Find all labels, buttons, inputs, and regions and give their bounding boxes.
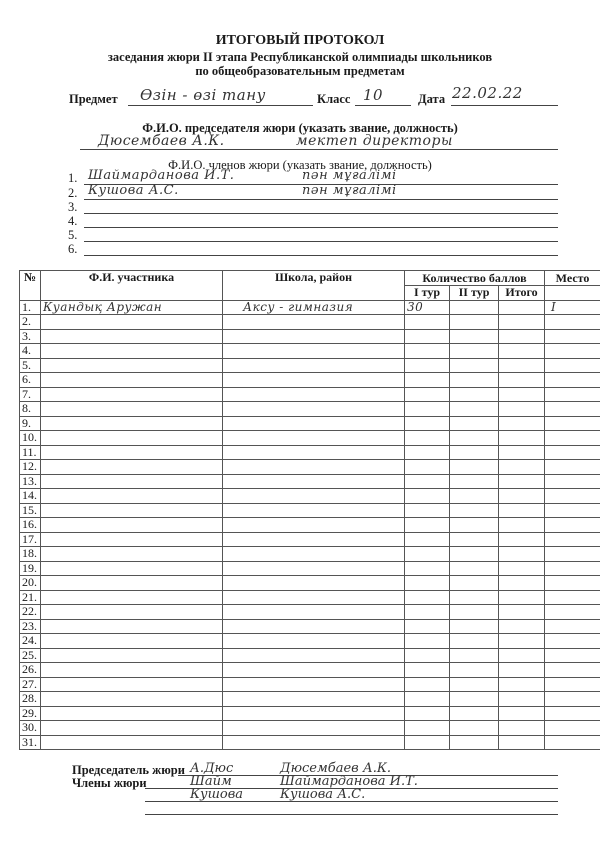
score-tour1[interactable] [405, 735, 450, 750]
participant-name[interactable] [41, 532, 223, 547]
row-number: 31. [20, 735, 41, 750]
score-total[interactable] [499, 402, 545, 417]
score-tour1[interactable] [405, 373, 450, 388]
score-tour2[interactable] [450, 329, 499, 344]
row-number: 27. [20, 677, 41, 692]
member-position[interactable]: пән мұғалімі [302, 168, 397, 183]
score-tour1[interactable] [405, 344, 450, 359]
score-tour2[interactable] [450, 518, 499, 533]
class-line [355, 105, 411, 106]
place[interactable] [545, 344, 600, 359]
member-line [84, 227, 558, 228]
signature-line [145, 814, 558, 815]
table-row: 11. [20, 445, 600, 460]
place[interactable] [545, 619, 600, 634]
table-row: 13. [20, 474, 600, 489]
score-tour2[interactable] [450, 474, 499, 489]
table-row: 5. [20, 358, 600, 373]
participant-name[interactable] [41, 373, 223, 388]
place[interactable] [545, 561, 600, 576]
subject-value[interactable]: Өзін - өзі тану [140, 86, 266, 104]
participant-school[interactable] [223, 315, 405, 330]
row-number: 22. [20, 605, 41, 620]
table-row: 19. [20, 561, 600, 576]
place[interactable] [545, 576, 600, 591]
score-tour1[interactable] [405, 489, 450, 504]
table-row: 16. [20, 518, 600, 533]
table-row: 30. [20, 721, 600, 736]
class-value[interactable]: 10 [363, 86, 383, 104]
row-number: 11. [20, 445, 41, 460]
participant-name[interactable] [41, 489, 223, 504]
score-total[interactable] [499, 474, 545, 489]
row-number: 6. [20, 373, 41, 388]
score-total[interactable] [499, 315, 545, 330]
score-tour2[interactable] [450, 344, 499, 359]
row-number: 5. [20, 358, 41, 373]
score-total[interactable] [499, 532, 545, 547]
participant-school[interactable] [223, 634, 405, 649]
place[interactable]: I [545, 300, 600, 315]
document-subtitle-2: по общеобразовательным предметам [0, 64, 600, 79]
col-header-name: Ф.И. участника [41, 271, 223, 301]
row-number: 19. [20, 561, 41, 576]
member-name[interactable]: Кушова А.С. [88, 183, 179, 198]
participant-name[interactable] [41, 576, 223, 591]
score-total[interactable] [499, 590, 545, 605]
score-tour1[interactable] [405, 619, 450, 634]
participant-name[interactable] [41, 460, 223, 475]
score-tour2[interactable] [450, 358, 499, 373]
score-total[interactable] [499, 547, 545, 562]
place[interactable] [545, 445, 600, 460]
participant-school[interactable] [223, 460, 405, 475]
score-tour2[interactable] [450, 634, 499, 649]
row-number: 12. [20, 460, 41, 475]
participant-school[interactable] [223, 489, 405, 504]
score-tour2[interactable] [450, 648, 499, 663]
participant-name[interactable] [41, 416, 223, 431]
place[interactable] [545, 721, 600, 736]
place[interactable] [545, 547, 600, 562]
participant-school[interactable] [223, 474, 405, 489]
col-header-tour1: I тур [405, 286, 450, 301]
member-line [84, 241, 558, 242]
score-tour1[interactable] [405, 677, 450, 692]
score-total[interactable] [499, 721, 545, 736]
participant-name[interactable] [41, 358, 223, 373]
place[interactable] [545, 329, 600, 344]
participant-name[interactable] [41, 344, 223, 359]
score-tour1[interactable] [405, 358, 450, 373]
table-row: 3. [20, 329, 600, 344]
row-number: 25. [20, 648, 41, 663]
document-title: ИТОГОВЫЙ ПРОТОКОЛ [0, 33, 600, 49]
date-line [451, 105, 558, 106]
col-header-total: Итого [499, 286, 545, 301]
score-tour1[interactable] [405, 315, 450, 330]
table-row: 15. [20, 503, 600, 518]
table-row: 10. [20, 431, 600, 446]
results-table: № Ф.И. участника Школа, район Количество… [19, 270, 600, 750]
score-tour1[interactable] [405, 402, 450, 417]
score-tour1[interactable] [405, 503, 450, 518]
score-total[interactable] [499, 648, 545, 663]
row-number: 1. [20, 300, 41, 315]
place[interactable] [545, 590, 600, 605]
row-number: 18. [20, 547, 41, 562]
table-row: 2. [20, 315, 600, 330]
place[interactable] [545, 677, 600, 692]
score-total[interactable] [499, 619, 545, 634]
row-number: 23. [20, 619, 41, 634]
subject-label: Предмет [69, 92, 118, 107]
row-number: 4. [20, 344, 41, 359]
class-label: Класс [317, 92, 350, 107]
document-subtitle: заседания жюри II этапа Республиканской … [0, 50, 600, 65]
participant-name[interactable] [41, 518, 223, 533]
row-number: 14. [20, 489, 41, 504]
place[interactable] [545, 532, 600, 547]
col-header-num: № [20, 271, 41, 301]
participant-name[interactable] [41, 561, 223, 576]
score-total[interactable] [499, 634, 545, 649]
row-number: 28. [20, 692, 41, 707]
score-total[interactable] [499, 416, 545, 431]
score-tour1[interactable] [405, 431, 450, 446]
score-tour1[interactable]: 30 [405, 300, 450, 315]
row-number: 15. [20, 503, 41, 518]
row-number: 13. [20, 474, 41, 489]
col-header-school: Школа, район [223, 271, 405, 301]
participant-name[interactable] [41, 590, 223, 605]
signature-mark[interactable]: Кушова [190, 787, 243, 802]
member-name[interactable]: Шаймарданова И.Т. [88, 168, 234, 183]
member-line [84, 255, 558, 256]
score-tour1[interactable] [405, 561, 450, 576]
signature-members-label: Члены жюри [72, 776, 147, 791]
participant-school[interactable] [223, 532, 405, 547]
participant-name[interactable] [41, 634, 223, 649]
table-row: 27. [20, 677, 600, 692]
participant-school[interactable] [223, 503, 405, 518]
chair-position[interactable]: мектеп директоры [296, 133, 453, 149]
date-label: Дата [418, 92, 445, 107]
score-total[interactable] [499, 706, 545, 721]
score-tour1[interactable] [405, 663, 450, 678]
score-tour2[interactable] [450, 590, 499, 605]
participant-school[interactable]: Аксу - гимназия [223, 300, 405, 315]
score-tour2[interactable] [450, 387, 499, 402]
col-header-place-sub [545, 286, 600, 301]
member-line [84, 213, 558, 214]
participant-school[interactable] [223, 431, 405, 446]
member-position[interactable]: пән мұғалімі [302, 183, 397, 198]
score-tour2[interactable] [450, 300, 499, 315]
place[interactable] [545, 431, 600, 446]
score-tour2[interactable] [450, 402, 499, 417]
score-tour1[interactable] [405, 576, 450, 591]
date-value[interactable]: 22.02.22 [452, 84, 523, 102]
table-row: 12. [20, 460, 600, 475]
score-tour1[interactable] [405, 532, 450, 547]
row-number: 9. [20, 416, 41, 431]
participant-school[interactable] [223, 648, 405, 663]
table-row: 14. [20, 489, 600, 504]
participant-name[interactable] [41, 721, 223, 736]
score-total[interactable] [499, 663, 545, 678]
member-number: 4. [68, 214, 77, 229]
place[interactable] [545, 503, 600, 518]
score-tour1[interactable] [405, 547, 450, 562]
participant-school[interactable] [223, 373, 405, 388]
participant-name[interactable] [41, 706, 223, 721]
participant-name[interactable] [41, 648, 223, 663]
participant-school[interactable] [223, 663, 405, 678]
place[interactable] [545, 605, 600, 620]
score-tour2[interactable] [450, 445, 499, 460]
table-row: 23. [20, 619, 600, 634]
member-number: 3. [68, 200, 77, 215]
participant-name[interactable] [41, 692, 223, 707]
score-tour1[interactable] [405, 416, 450, 431]
col-header-place: Место [545, 271, 600, 286]
score-total[interactable] [499, 445, 545, 460]
participant-school[interactable] [223, 416, 405, 431]
row-number: 21. [20, 590, 41, 605]
participant-school[interactable] [223, 735, 405, 750]
score-total[interactable] [499, 489, 545, 504]
table-row: 17. [20, 532, 600, 547]
score-total[interactable] [499, 460, 545, 475]
place[interactable] [545, 489, 600, 504]
row-number: 30. [20, 721, 41, 736]
score-tour1[interactable] [405, 460, 450, 475]
score-tour2[interactable] [450, 315, 499, 330]
participant-school[interactable] [223, 677, 405, 692]
participant-school[interactable] [223, 561, 405, 576]
score-tour2[interactable] [450, 460, 499, 475]
score-tour1[interactable] [405, 329, 450, 344]
score-tour2[interactable] [450, 561, 499, 576]
chair-name[interactable]: Дюсембаев А.К. [98, 133, 225, 149]
score-total[interactable] [499, 344, 545, 359]
chair-line [80, 149, 558, 150]
place[interactable] [545, 663, 600, 678]
participant-school[interactable] [223, 445, 405, 460]
score-tour2[interactable] [450, 373, 499, 388]
table-row: 4. [20, 344, 600, 359]
score-total[interactable] [499, 329, 545, 344]
score-tour1[interactable] [405, 518, 450, 533]
participant-name[interactable] [41, 474, 223, 489]
score-tour2[interactable] [450, 721, 499, 736]
table-row: 24. [20, 634, 600, 649]
score-total[interactable] [499, 692, 545, 707]
score-tour1[interactable] [405, 474, 450, 489]
table-row: 7. [20, 387, 600, 402]
table-row: 1. Куандық Аружан Аксу - гимназия 30 I [20, 300, 600, 315]
member-number: 6. [68, 242, 77, 257]
participant-school[interactable] [223, 387, 405, 402]
table-row: 18. [20, 547, 600, 562]
score-total[interactable] [499, 503, 545, 518]
place[interactable] [545, 648, 600, 663]
participant-school[interactable] [223, 692, 405, 707]
row-number: 8. [20, 402, 41, 417]
score-tour2[interactable] [450, 416, 499, 431]
participant-school[interactable] [223, 358, 405, 373]
score-tour2[interactable] [450, 735, 499, 750]
score-total[interactable] [499, 431, 545, 446]
score-tour2[interactable] [450, 663, 499, 678]
participant-name[interactable] [41, 619, 223, 634]
score-total[interactable] [499, 373, 545, 388]
member-number: 5. [68, 228, 77, 243]
row-number: 20. [20, 576, 41, 591]
score-total[interactable] [499, 576, 545, 591]
table-row: 20. [20, 576, 600, 591]
score-total[interactable] [499, 300, 545, 315]
table-row: 31. [20, 735, 600, 750]
participant-school[interactable] [223, 619, 405, 634]
row-number: 3. [20, 329, 41, 344]
score-tour1[interactable] [405, 648, 450, 663]
score-tour1[interactable] [405, 706, 450, 721]
participant-name[interactable] [41, 547, 223, 562]
score-tour2[interactable] [450, 547, 499, 562]
score-total[interactable] [499, 518, 545, 533]
participant-school[interactable] [223, 721, 405, 736]
place[interactable] [545, 474, 600, 489]
col-header-scores: Количество баллов [405, 271, 545, 286]
participant-name[interactable] [41, 431, 223, 446]
score-total[interactable] [499, 677, 545, 692]
place[interactable] [545, 387, 600, 402]
table-row: 28. [20, 692, 600, 707]
table-row: 25. [20, 648, 600, 663]
row-number: 29. [20, 706, 41, 721]
col-header-tour2: II тур [450, 286, 499, 301]
score-tour2[interactable] [450, 489, 499, 504]
table-row: 9. [20, 416, 600, 431]
participant-school[interactable] [223, 547, 405, 562]
participant-school[interactable] [223, 576, 405, 591]
table-row: 21. [20, 590, 600, 605]
row-number: 26. [20, 663, 41, 678]
participant-name[interactable] [41, 329, 223, 344]
participant-name[interactable] [41, 503, 223, 518]
score-total[interactable] [499, 387, 545, 402]
participant-school[interactable] [223, 605, 405, 620]
score-tour2[interactable] [450, 677, 499, 692]
place[interactable] [545, 315, 600, 330]
place[interactable] [545, 373, 600, 388]
score-total[interactable] [499, 358, 545, 373]
place[interactable] [545, 416, 600, 431]
participant-school[interactable] [223, 402, 405, 417]
participant-name[interactable] [41, 445, 223, 460]
place[interactable] [545, 735, 600, 750]
participant-name[interactable] [41, 387, 223, 402]
place[interactable] [545, 706, 600, 721]
participant-name[interactable] [41, 735, 223, 750]
score-tour2[interactable] [450, 692, 499, 707]
score-tour2[interactable] [450, 532, 499, 547]
score-tour2[interactable] [450, 431, 499, 446]
member-line [84, 199, 558, 200]
score-total[interactable] [499, 561, 545, 576]
score-tour2[interactable] [450, 619, 499, 634]
participant-name[interactable] [41, 402, 223, 417]
place[interactable] [545, 518, 600, 533]
place[interactable] [545, 460, 600, 475]
participant-name[interactable] [41, 315, 223, 330]
score-tour1[interactable] [405, 634, 450, 649]
row-number: 24. [20, 634, 41, 649]
score-tour2[interactable] [450, 503, 499, 518]
table-row: 6. [20, 373, 600, 388]
participant-school[interactable] [223, 344, 405, 359]
score-total[interactable] [499, 735, 545, 750]
row-number: 16. [20, 518, 41, 533]
signature-name[interactable]: Кушова А.С. [280, 787, 365, 802]
score-tour1[interactable] [405, 387, 450, 402]
score-tour2[interactable] [450, 576, 499, 591]
score-tour1[interactable] [405, 692, 450, 707]
participant-school[interactable] [223, 329, 405, 344]
score-tour2[interactable] [450, 706, 499, 721]
score-tour1[interactable] [405, 590, 450, 605]
row-number: 10. [20, 431, 41, 446]
place[interactable] [545, 402, 600, 417]
score-tour1[interactable] [405, 605, 450, 620]
row-number: 2. [20, 315, 41, 330]
table-row: 22. [20, 605, 600, 620]
score-tour1[interactable] [405, 721, 450, 736]
participant-school[interactable] [223, 590, 405, 605]
participant-name[interactable] [41, 605, 223, 620]
participant-school[interactable] [223, 518, 405, 533]
score-total[interactable] [499, 605, 545, 620]
row-number: 17. [20, 532, 41, 547]
table-row: 8. [20, 402, 600, 417]
place[interactable] [545, 634, 600, 649]
participant-school[interactable] [223, 706, 405, 721]
subject-line [128, 105, 313, 106]
row-number: 7. [20, 387, 41, 402]
score-tour2[interactable] [450, 605, 499, 620]
member-number: 2. [68, 186, 77, 201]
place[interactable] [545, 358, 600, 373]
participant-name[interactable] [41, 663, 223, 678]
member-number: 1. [68, 171, 77, 186]
participant-name[interactable]: Куандық Аружан [41, 300, 223, 315]
results-table-body: 1. Куандық Аружан Аксу - гимназия 30 I 2… [20, 300, 600, 750]
table-row: 29. [20, 706, 600, 721]
table-row: 26. [20, 663, 600, 678]
score-tour1[interactable] [405, 445, 450, 460]
place[interactable] [545, 692, 600, 707]
participant-name[interactable] [41, 677, 223, 692]
